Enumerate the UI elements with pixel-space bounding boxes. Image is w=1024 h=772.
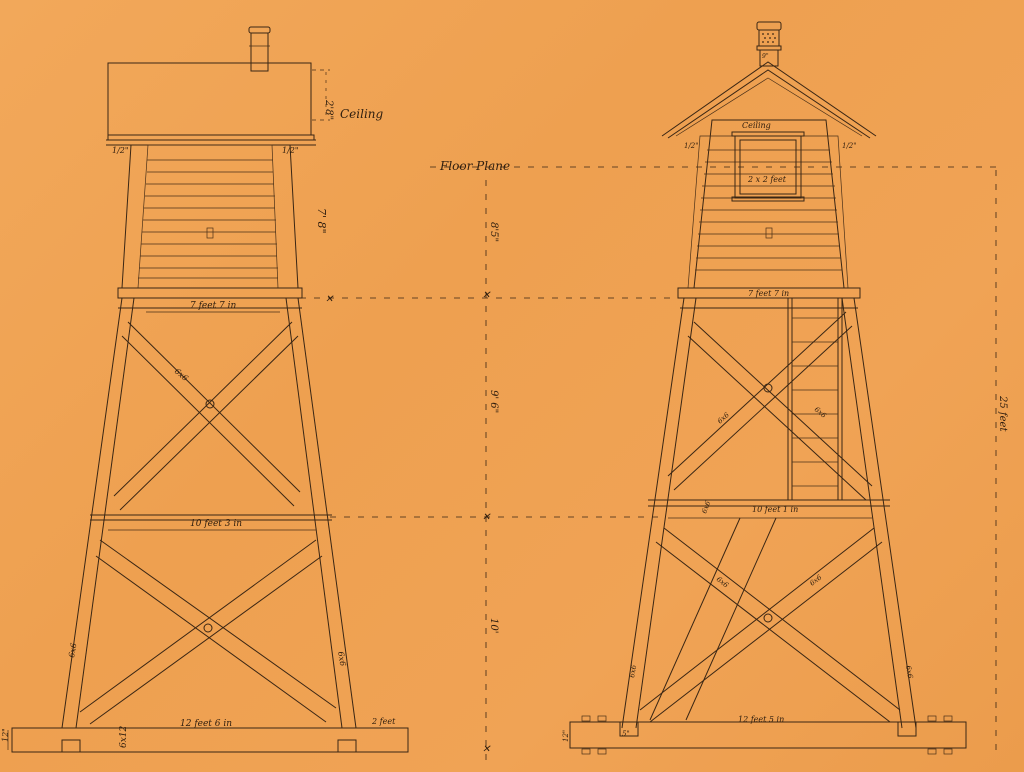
left-leg-label: 6x6 [67, 642, 78, 658]
left-eave-right-label: 1/2" [282, 146, 299, 155]
floor-plane-label: Floor Plane [439, 159, 510, 173]
right-lower-brace-right-label: 6x6 [808, 573, 823, 588]
right-sill-depth-label: 12" [562, 730, 570, 742]
left-base-extension-label: 2 feet [371, 717, 396, 726]
middle-height-label: 9' 6" [488, 390, 499, 413]
left-cab-height-label: 2'8" [323, 99, 334, 120]
right-mid-brace-label: 6x6 [813, 405, 828, 420]
right-leg-right-label: 6x6 [904, 665, 914, 680]
window-icon [732, 132, 804, 201]
right-upper-brace-label: 6x6 [716, 411, 731, 426]
right-eave-left-label: 1/2" [684, 142, 699, 150]
blueprint-sheet: ✕ ✕ ✕ ✕ [0, 0, 1024, 772]
right-eave-right-label: 1/2" [842, 142, 857, 150]
svg-text:✕: ✕ [482, 290, 491, 301]
left-chimney-icon [249, 27, 270, 71]
ladder-icon [788, 298, 842, 500]
overall-height-label: 25 feet [997, 395, 1008, 432]
right-leg-left-label: 6x6 [628, 664, 638, 679]
chimney-size-label: 9" [762, 53, 769, 60]
right-top-width-label: 7 feet 7 in [748, 289, 789, 298]
tower-drawing: ✕ ✕ ✕ ✕ [0, 0, 1024, 772]
svg-text:✕: ✕ [482, 512, 491, 523]
right-base-width-label: 12 feet 5 in [738, 715, 784, 724]
left-mid-width-label: 10 feet 3 in [190, 519, 242, 529]
left-base-width-label: 12 feet 6 in [180, 719, 232, 729]
annotations: Ceiling 1/2" 1/2" 2'8" 7' 8" 7 feet 7 in… [1, 53, 1008, 748]
left-tower-elevation [8, 27, 408, 752]
center-dimension-line: ✕ ✕ ✕ ✕ [300, 167, 1000, 760]
right-girt-brace-label: 6x6 [700, 499, 712, 514]
anchor-block-label: 5" [622, 730, 630, 738]
right-leg-label: 6x6 [336, 651, 347, 667]
left-cab-wall-height-label: 7' 8" [315, 208, 328, 234]
left-eave-left-label: 1/2" [112, 146, 129, 155]
left-top-width-label: 7 feet 7 in [190, 301, 237, 311]
right-ceiling-label: Ceiling [742, 121, 771, 130]
right-mid-width-label: 10 feet 1 in [752, 505, 798, 514]
left-sill-size-label: 6x12 [119, 725, 129, 748]
lower-height-label: 10' [488, 618, 499, 633]
right-tower-elevation [570, 22, 966, 754]
left-sill-depth-label: 12" [1, 728, 10, 742]
left-ceiling-label: Ceiling [340, 107, 384, 121]
upper-height-label: 8'5" [488, 222, 499, 242]
window-size-label: 2 x 2 feet [747, 175, 787, 184]
right-chimney-icon [757, 22, 781, 66]
svg-text:✕: ✕ [482, 744, 491, 755]
svg-text:✕: ✕ [325, 294, 334, 305]
